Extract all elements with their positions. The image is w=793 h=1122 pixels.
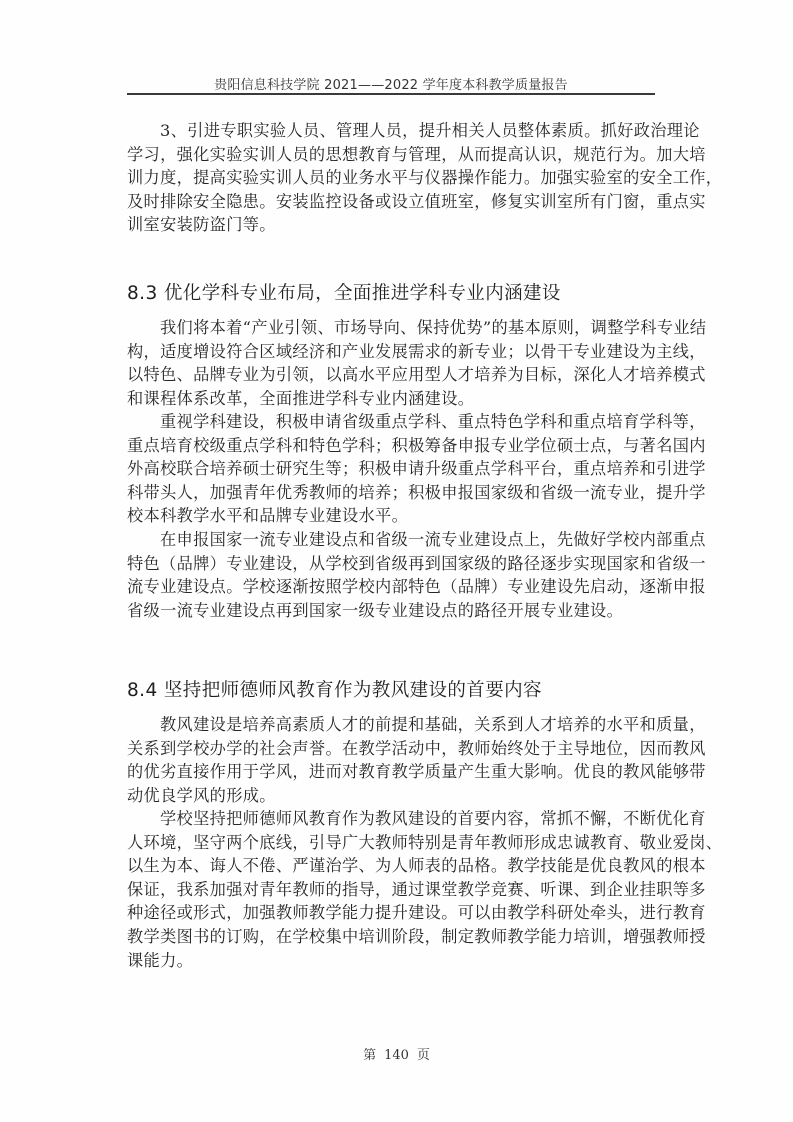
text-line: 保证，我系加强对青年教师的指导，通过课堂教学竞赛、听课、到企业挂职等多: [127, 878, 655, 902]
text-line: 特色（品牌）专业建设，从学校到省级再到国家级的路径逐步实现国家和省级一: [127, 552, 655, 576]
text-line: 科带头人，加强青年优秀教师的培养；积极申报国家级和省级一流专业，提升学: [127, 481, 655, 505]
text-line: 关系到学校办学的社会声誉。在教学活动中，教师始终处于主导地位，因而教风: [127, 737, 655, 761]
text-line: 省级一流专业建设点再到国家一级专业建设点的路径开展专业建设。: [127, 599, 655, 623]
text-line: 教风建设是培养高素质人才的前提和基础，关系到人才培养的水平和质量，: [127, 713, 655, 737]
page-number-value: 140: [384, 1048, 409, 1063]
text-line: 重点培育校级重点学科和特色学科；积极筹备申报专业学位硕士点，与著名国内: [127, 434, 655, 458]
document-page: 贵阳信息科技学院 2021——2022 学年度本科教学质量报告 3、引进专职实验…: [0, 0, 793, 1122]
text-line: 学习，强化实验实训人员的思想教育与管理，从而提高认识，规范行为。加大培: [127, 143, 655, 167]
section-heading-8-4: 8.4 坚持把师德师风教育作为教风建设的首要内容: [127, 676, 542, 702]
text-line: 在申报国家一流专业建设点和省级一流专业建设点上，先做好学校内部重点: [127, 528, 655, 552]
text-line: 人环境，坚守两个底线，引导广大教师特别是青年教师形成忠诚教育、敬业爱岗、: [127, 831, 655, 855]
page-number: 第140页: [0, 1044, 793, 1063]
paragraph-lab-staff: 3、引进专职实验人员、管理人员，提升相关人员整体素质。抓好政治理论 学习，强化实…: [127, 119, 655, 237]
text-line: 和课程体系改革，全面推进学科专业内涵建设。: [127, 387, 655, 411]
page-number-suffix: 页: [417, 1048, 430, 1063]
text-line: 种途径或形式，加强教师教学能力提升建设。可以由教学科研处牵头，进行教育: [127, 901, 655, 925]
text-line: 训力度，提高实验实训人员的业务水平与仪器操作能力。加强实验室的安全工作，: [127, 166, 655, 190]
paragraph-8-4-1: 教风建设是培养高素质人才的前提和基础，关系到人才培养的水平和质量， 关系到学校办…: [127, 713, 655, 807]
paragraph-8-3-3: 在申报国家一流专业建设点和省级一流专业建设点上，先做好学校内部重点 特色（品牌）…: [127, 528, 655, 622]
running-header: 贵阳信息科技学院 2021——2022 学年度本科教学质量报告: [127, 74, 655, 93]
text-line: 构，适度增设符合区域经济和产业发展需求的新专业；以骨干专业建设为主线，: [127, 340, 655, 364]
text-line: 重视学科建设，积极申请省级重点学科、重点特色学科和重点培育学科等，: [127, 410, 655, 434]
page-number-prefix: 第: [363, 1048, 376, 1063]
paragraph-8-4-2: 学校坚持把师德师风教育作为教风建设的首要内容，常抓不懈，不断优化育 人环境，坚守…: [127, 807, 655, 972]
text-line: 3、引进专职实验人员、管理人员，提升相关人员整体素质。抓好政治理论: [127, 119, 655, 143]
text-line: 校本科教学水平和品牌专业建设水平。: [127, 504, 655, 528]
text-line: 以生为本、诲人不倦、严谨治学、为人师表的品格。教学技能是优良教风的根本: [127, 854, 655, 878]
text-line: 动优良学风的形成。: [127, 784, 655, 808]
text-line: 流专业建设点。学校逐渐按照学校内部特色（品牌）专业建设先启动，逐渐申报: [127, 575, 655, 599]
text-line: 的优劣直接作用于学风，进而对教育教学质量产生重大影响。优良的教风能够带: [127, 760, 655, 784]
text-line: 及时排除安全隐患。安装监控设备或设立值班室，修复实训室所有门窗，重点实: [127, 190, 655, 214]
paragraph-8-3-1: 我们将本着“产业引领、市场导向、保持优势”的基本原则，调整学科专业结 构，适度增…: [127, 316, 655, 410]
section-heading-8-3: 8.3 优化学科专业布局，全面推进学科专业内涵建设: [127, 279, 561, 305]
text-line: 我们将本着“产业引领、市场导向、保持优势”的基本原则，调整学科专业结: [127, 316, 655, 340]
header-divider: [127, 93, 655, 95]
text-line: 外高校联合培养硕士研究生等；积极申请升级重点学科平台，重点培养和引进学: [127, 457, 655, 481]
text-line: 教学类图书的订购，在学校集中培训阶段，制定教师教学能力培训，增强教师授: [127, 925, 655, 949]
paragraph-8-3-2: 重视学科建设，积极申请省级重点学科、重点特色学科和重点培育学科等， 重点培育校级…: [127, 410, 655, 528]
text-line: 学校坚持把师德师风教育作为教风建设的首要内容，常抓不懈，不断优化育: [127, 807, 655, 831]
text-line: 课能力。: [127, 949, 655, 973]
text-line: 以特色、品牌专业为引领，以高水平应用型人才培养为目标，深化人才培养模式: [127, 363, 655, 387]
text-line: 训室安装防盗门等。: [127, 213, 655, 237]
